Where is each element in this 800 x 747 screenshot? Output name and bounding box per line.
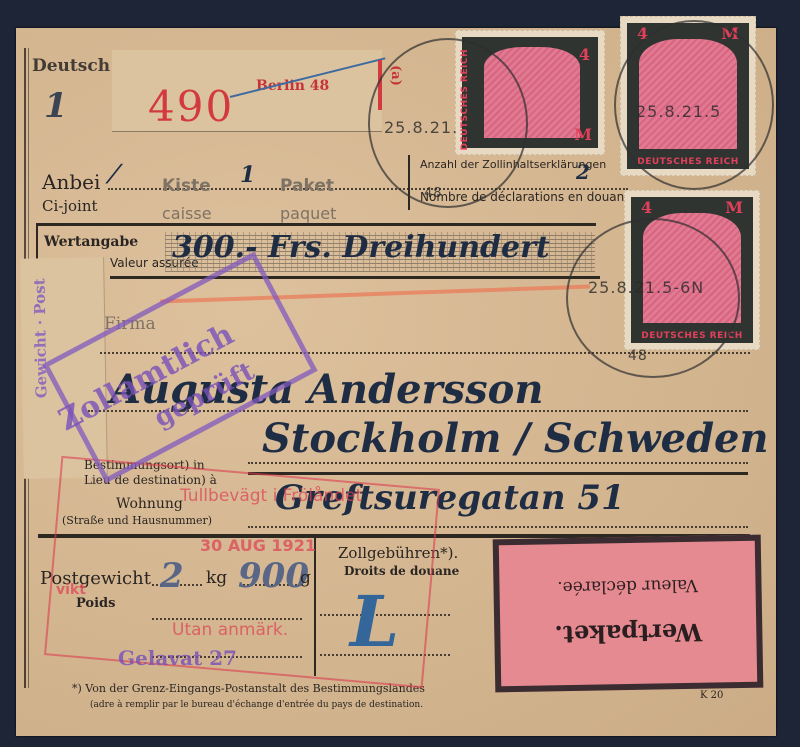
side-tab-text: Gewicht · Post [30, 278, 50, 398]
paket-label: Paket [280, 176, 334, 196]
destination: Stockholm / Schweden [262, 415, 769, 462]
red-stamp-line1: Tullbevägt i Frölåndet [180, 486, 362, 506]
declared-value: 300.- Frs. Dreihundert [172, 230, 550, 265]
anbei-dash: ⁄ [112, 160, 116, 190]
kiste-label: Kiste [162, 176, 211, 196]
destination-line [248, 462, 748, 464]
kiste-label-fr: caisse [162, 204, 212, 223]
postmark-3-date: 25.8.21.5-6N [588, 278, 704, 297]
red-stamp-date: 30 AUG 1921 [200, 536, 316, 555]
destination-rule [248, 472, 748, 475]
value-top-rule [36, 223, 596, 226]
footnote-de: *) Von der Grenz-Eingangs-Postanstalt de… [72, 682, 425, 695]
anbei-label: Anbei [42, 170, 100, 194]
value-bottom-rule [110, 276, 600, 279]
header-title: Deutsch [32, 56, 110, 76]
form-code: K 20 [700, 690, 723, 701]
purple-stamp-bottom: Gelavat 27 [118, 646, 237, 670]
insured-parcel-label: Wertpaket. Valeur déclarée. [493, 535, 764, 693]
red-stamp-note: Utan anmärk. [172, 620, 288, 640]
value-label: Wertangabe [44, 234, 138, 250]
count-mark: 1 [44, 86, 68, 126]
postmark-3 [566, 218, 740, 378]
footnote-fr: (adre à remplir par le bureau d'échange … [90, 700, 423, 710]
paket-count: 1 [240, 162, 255, 188]
declarations-count: 2 [576, 160, 590, 184]
postmark-3-office: 48 [628, 348, 648, 364]
insured-label-title: Wertpaket. [500, 617, 756, 650]
paket-label-fr: paquet [280, 204, 336, 223]
postmark-2-date: 25.8.21.5 [636, 102, 721, 121]
insured-label-subtitle: Valeur déclarée. [499, 574, 755, 598]
parcel-number: 490 [148, 82, 234, 131]
postmark-1-date: 25.8.21. [384, 118, 458, 137]
red-stamp-weight-label: vikt [56, 582, 86, 598]
postmark-1-office: 48 [424, 186, 443, 201]
anbei-label-fr: Ci-joint [42, 197, 98, 215]
